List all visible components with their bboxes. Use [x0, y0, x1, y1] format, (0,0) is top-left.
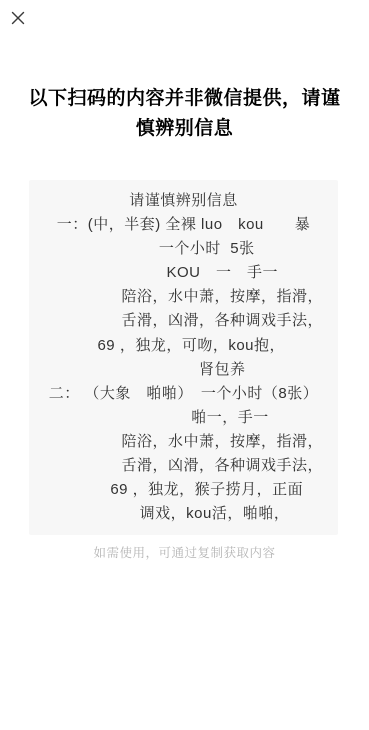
copy-hint-text: 如需使用，可通过复制获取内容: [0, 543, 369, 561]
scanned-content-box: 请谨慎辨别信息 一：(中，半套) 全裸 luo kou 暴 一个小时 5张 KO…: [29, 180, 338, 535]
content-line: 一个小时 5张: [33, 237, 334, 261]
content-line: 调戏，kou活，啪啪，: [33, 502, 334, 526]
content-line: 一：(中，半套) 全裸 luo kou 暴: [33, 213, 334, 237]
content-line: 69 ，独龙，可吻，kou抱，: [33, 334, 334, 358]
scan-warning-title: 以下扫码的内容并非微信提供，请谨慎辨别信息: [28, 84, 341, 144]
content-box-heading: 请谨慎辨别信息: [33, 189, 334, 213]
content-line: 肾包养: [33, 358, 334, 382]
content-line: 舌滑，凶滑，各种调戏手法，: [33, 309, 334, 333]
content-line: 啪一，手一: [33, 406, 334, 430]
close-button[interactable]: [6, 6, 30, 30]
scan-result-page: 以下扫码的内容并非微信提供，请谨慎辨别信息 请谨慎辨别信息 一：(中，半套) 全…: [0, 0, 369, 730]
content-line: 舌滑，凶滑，各种调戏手法，: [33, 454, 334, 478]
content-line: 二： （大象 啪啪） 一个小时（8张）: [33, 382, 334, 406]
content-line: KOU 一 手一: [33, 261, 334, 285]
content-line: 陪浴，水中萧，按摩，指滑，: [33, 430, 334, 454]
content-line: 69 ，独龙，猴子捞月，正面: [33, 478, 334, 502]
content-line: 陪浴，水中萧，按摩，指滑，: [33, 285, 334, 309]
close-icon: [11, 11, 25, 25]
